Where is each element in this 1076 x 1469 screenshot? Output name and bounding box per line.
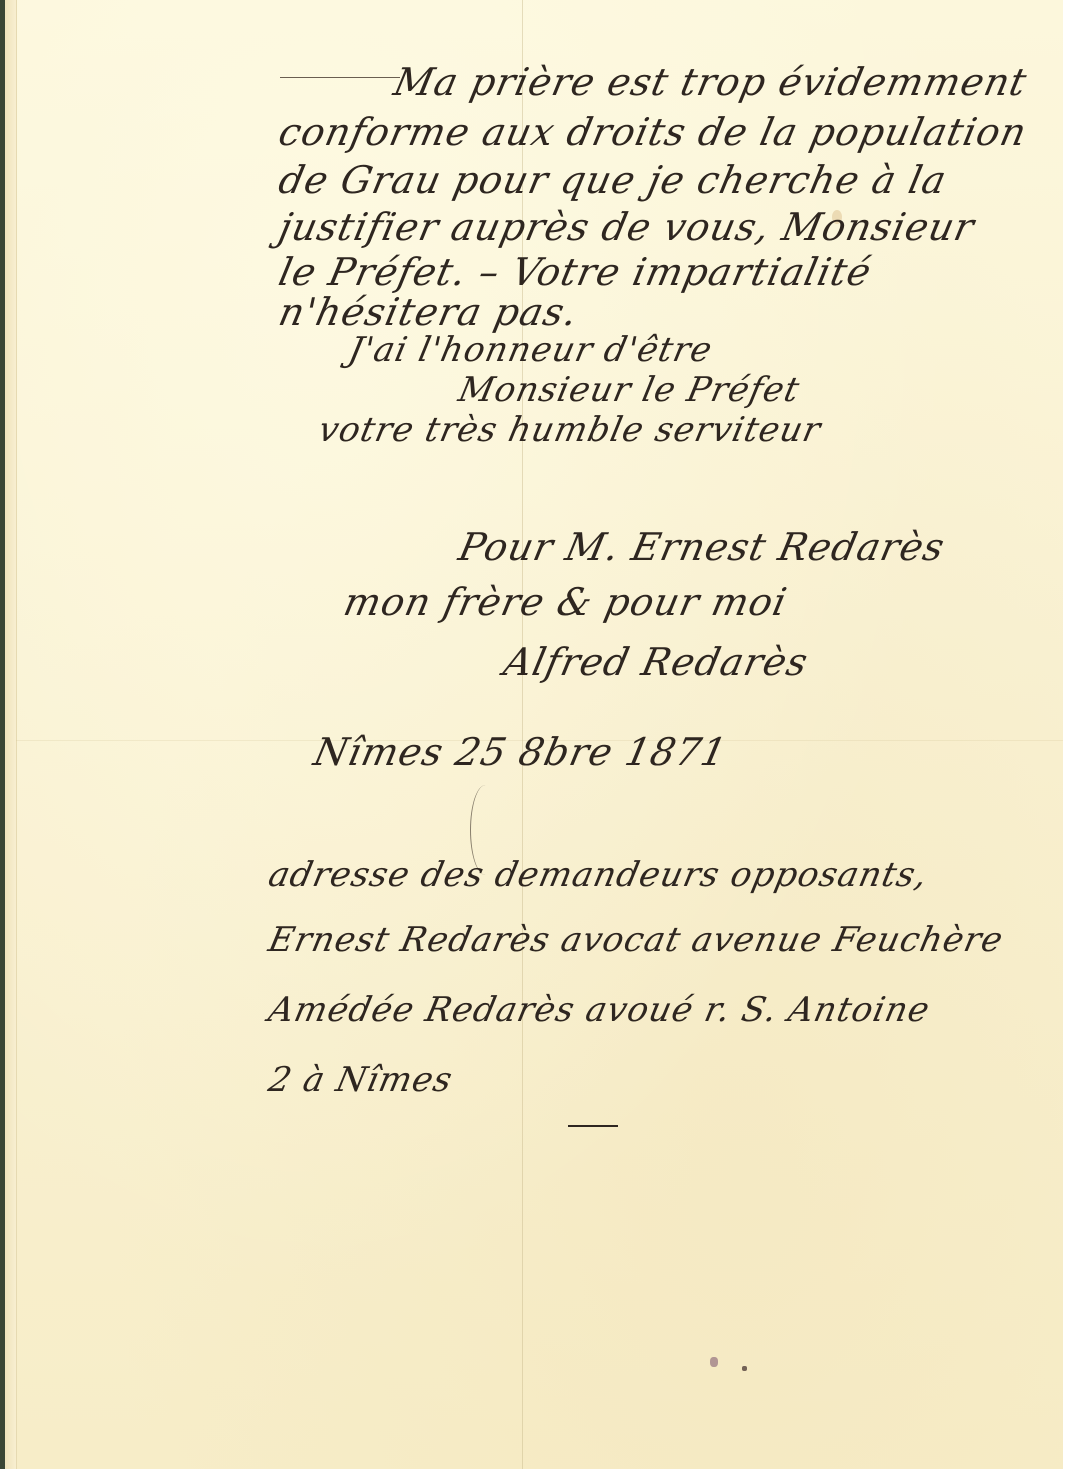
ink-dot bbox=[742, 1366, 747, 1371]
body-line-5: le Préfet. – Votre impartialité bbox=[275, 250, 876, 294]
address-line-3: Amédée Redarès avoué r. S. Antoine bbox=[265, 990, 934, 1030]
body-line-4: justifier auprès de vous, Monsieur bbox=[275, 205, 979, 249]
paper-margin-fold bbox=[5, 0, 17, 1469]
closing-line-2: Monsieur le Préfet bbox=[455, 370, 804, 410]
body-line-6: n'hésitera pas. bbox=[275, 290, 582, 334]
address-line-2: Ernest Redarès avocat avenue Feuchère bbox=[265, 920, 1007, 960]
body-line-3: de Grau pour que je cherche à la bbox=[275, 158, 951, 202]
signature-line-1: Pour M. Ernest Redarès bbox=[455, 525, 949, 569]
closing-rule bbox=[568, 1125, 618, 1127]
body-line-2: conforme aux droits de la population bbox=[275, 110, 1031, 154]
ink-blot bbox=[710, 1357, 718, 1367]
address-line-4: 2 à Nîmes bbox=[265, 1060, 456, 1100]
address-line-1: adresse des demandeurs opposants, bbox=[265, 855, 931, 895]
signature-line-2: mon frère & pour moi bbox=[340, 580, 791, 624]
letter-page: Ma prière est trop évidemment conforme a… bbox=[0, 0, 1063, 1469]
date-line: Nîmes 25 8bre 1871 bbox=[310, 730, 731, 774]
signature-name: Alfred Redarès bbox=[500, 640, 812, 684]
opening-dash bbox=[280, 77, 400, 78]
closing-line-1: J'ai l'honneur d'être bbox=[345, 330, 716, 370]
closing-line-3: votre très humble serviteur bbox=[315, 410, 825, 450]
body-line-1: Ma prière est trop évidemment bbox=[390, 60, 1031, 104]
